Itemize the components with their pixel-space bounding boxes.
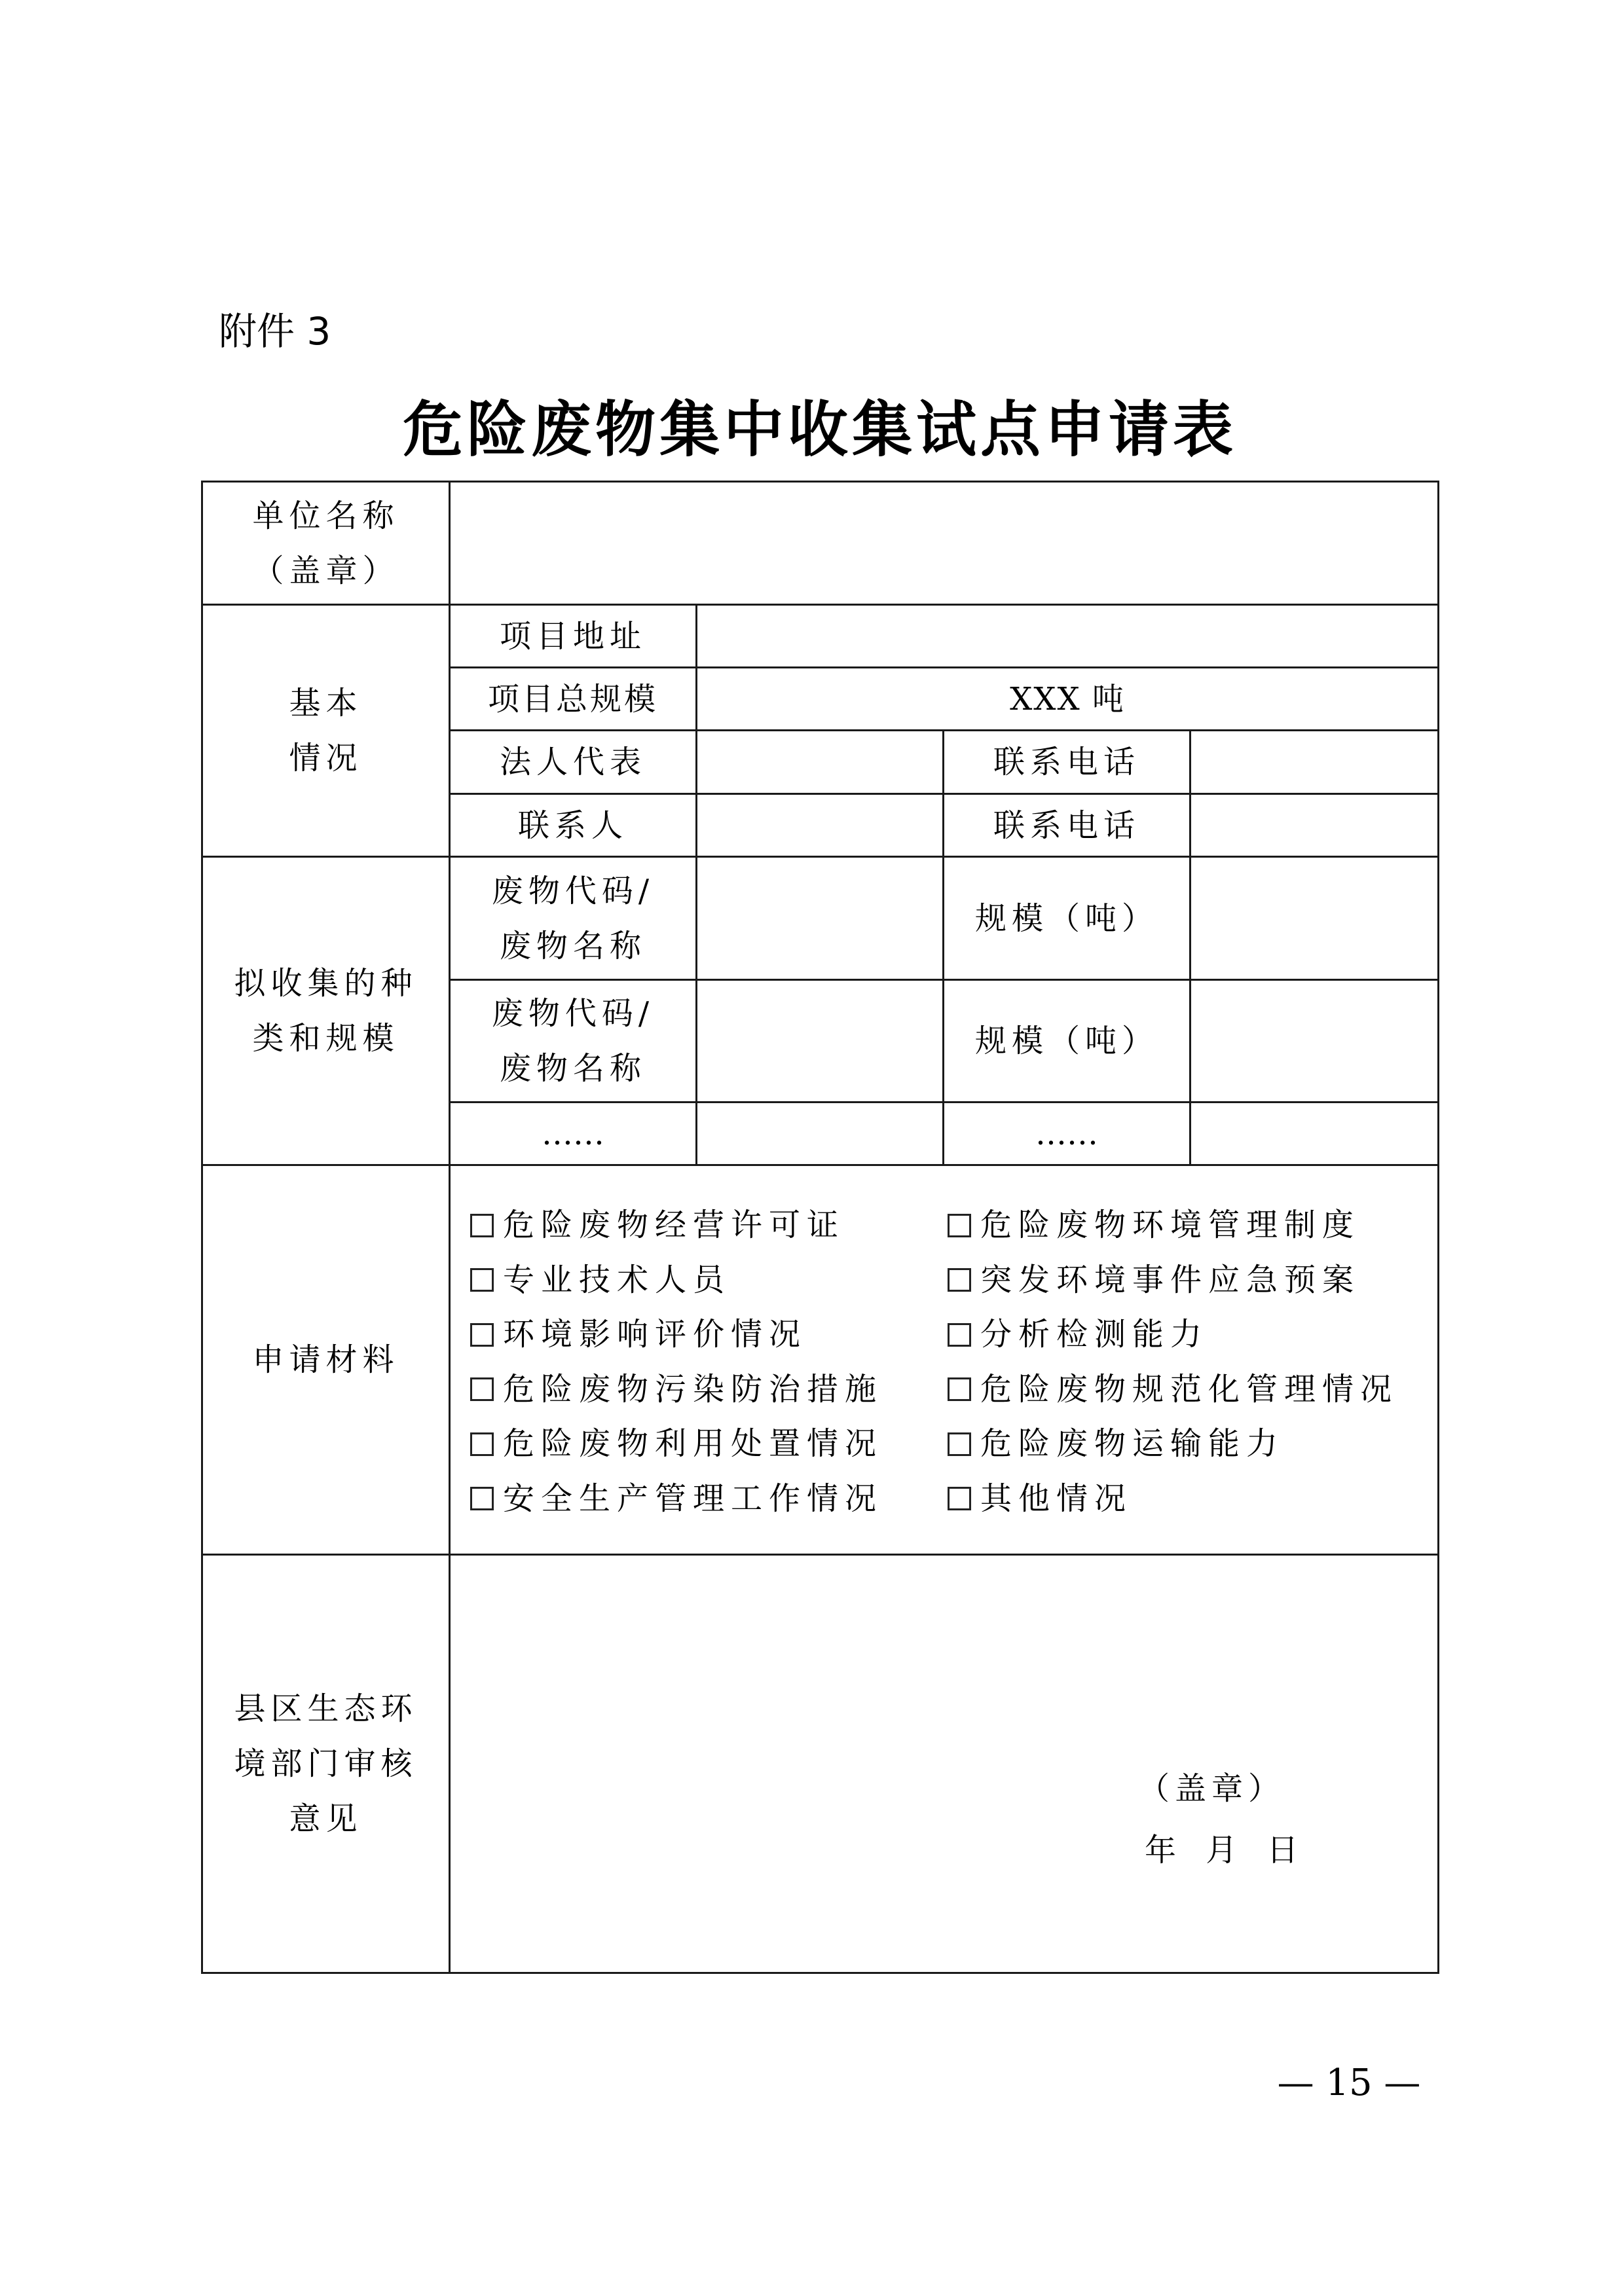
checkbox-icon[interactable] (948, 1214, 971, 1237)
waste-scale-field[interactable] (1191, 981, 1437, 1101)
material-checkbox-item[interactable]: 危险废物经营许可证 (470, 1198, 883, 1253)
unit-name-label: 单位名称 （盖章） (203, 483, 449, 604)
waste-code-field[interactable] (697, 858, 942, 979)
material-checkbox-item[interactable]: 专业技术人员 (470, 1253, 883, 1308)
page-number: — 15 — (1264, 2061, 1434, 2105)
waste-scale-label: 规模（吨） (944, 981, 1189, 1101)
material-checkbox-item[interactable]: 环境影响评价情况 (470, 1307, 883, 1362)
legal-rep-label: 法人代表 (451, 731, 695, 793)
materials-left-column: 危险废物经营许可证 专业技术人员 环境影响评价情况 危险废物污染防治措施 危险废… (470, 1198, 883, 1526)
seal-label: （盖章） (1138, 1761, 1285, 1816)
checkbox-icon[interactable] (470, 1487, 494, 1510)
waste-code-label: 废物代码/ 废物名称 (451, 858, 695, 979)
material-label: 危险废物经营许可证 (503, 1198, 845, 1253)
checkbox-icon[interactable] (948, 1432, 971, 1456)
material-checkbox-item[interactable]: 危险废物利用处置情况 (470, 1417, 883, 1472)
project-scale-label: 项目总规模 (451, 668, 695, 729)
material-checkbox-item[interactable]: 分析检测能力 (948, 1307, 1398, 1362)
material-label: 突发环境事件应急预案 (980, 1253, 1360, 1308)
seal-note-text: （盖章） (252, 543, 399, 598)
material-label: 危险废物规范化管理情况 (980, 1362, 1398, 1417)
materials-right-column: 危险废物环境管理制度 突发环境事件应急预案 分析检测能力 危险废物规范化管理情况… (948, 1198, 1398, 1526)
waste-code-label-line1: 废物代码/ (492, 986, 654, 1041)
review-label-line1: 县区生态环 (234, 1681, 417, 1736)
material-label: 危险废物运输能力 (980, 1417, 1284, 1472)
checkbox-icon[interactable] (948, 1487, 971, 1510)
material-checkbox-item[interactable]: 危险废物运输能力 (948, 1417, 1398, 1472)
material-label: 危险废物污染防治措施 (503, 1362, 883, 1417)
materials-section-label: 申请材料 (203, 1166, 449, 1554)
more-scale-field[interactable] (1191, 1103, 1437, 1164)
unit-name-label-text: 单位名称 (252, 488, 399, 543)
waste-section-line2: 类和规模 (252, 1011, 399, 1066)
checkbox-icon[interactable] (948, 1377, 971, 1401)
waste-code-label: 废物代码/ 废物名称 (451, 981, 695, 1101)
waste-scale-label: 规模（吨） (944, 858, 1189, 979)
review-label-line2: 境部门审核 (234, 1736, 417, 1791)
more-rows-ellipsis: …… (451, 1103, 695, 1164)
contact-phone-field[interactable] (1191, 795, 1437, 856)
waste-section-line1: 拟收集的种 (234, 956, 417, 1011)
project-address-label: 项目地址 (451, 606, 695, 666)
waste-section-label: 拟收集的种 类和规模 (203, 858, 449, 1164)
material-label: 安全生产管理工作情况 (503, 1472, 883, 1527)
project-scale-field[interactable]: XXX 吨 (697, 668, 1437, 729)
checkbox-icon[interactable] (470, 1432, 494, 1456)
material-checkbox-item[interactable]: 突发环境事件应急预案 (948, 1253, 1398, 1308)
legal-rep-phone-field[interactable] (1191, 731, 1437, 793)
checkbox-icon[interactable] (470, 1214, 494, 1237)
legal-rep-phone-label: 联系电话 (944, 731, 1189, 793)
contact-field[interactable] (697, 795, 942, 856)
waste-code-label-line2: 废物名称 (500, 1041, 646, 1096)
checkbox-icon[interactable] (948, 1323, 971, 1347)
material-label: 分析检测能力 (980, 1307, 1208, 1362)
basic-info-line2: 情况 (289, 731, 362, 786)
material-checkbox-item[interactable]: 危险废物环境管理制度 (948, 1198, 1398, 1253)
material-checkbox-item[interactable]: 危险废物污染防治措施 (470, 1362, 883, 1417)
material-checkbox-item[interactable]: 危险废物规范化管理情况 (948, 1362, 1398, 1417)
date-label: 年 月 日 (1145, 1823, 1299, 1878)
more-code-field[interactable] (697, 1103, 942, 1164)
review-label-line3: 意见 (289, 1791, 362, 1846)
project-address-field[interactable] (697, 606, 1437, 666)
table-border-right (1437, 481, 1439, 1974)
review-section-label: 县区生态环 境部门审核 意见 (203, 1556, 449, 1972)
legal-rep-field[interactable] (697, 731, 942, 793)
waste-code-label-line2: 废物名称 (500, 919, 646, 974)
material-label: 环境影响评价情况 (503, 1307, 807, 1362)
checkbox-icon[interactable] (948, 1268, 971, 1292)
attachment-label: 附件 3 (219, 305, 331, 357)
material-label: 危险废物环境管理制度 (980, 1198, 1360, 1253)
waste-scale-field[interactable] (1191, 858, 1437, 979)
checkbox-icon[interactable] (470, 1377, 494, 1401)
basic-info-section-label: 基本 情况 (203, 606, 449, 856)
material-label: 其他情况 (980, 1472, 1132, 1527)
review-opinion-field[interactable] (451, 1556, 1437, 1972)
checkbox-icon[interactable] (470, 1323, 494, 1347)
unit-name-field[interactable] (451, 483, 1437, 604)
waste-code-field[interactable] (697, 981, 942, 1101)
material-checkbox-item[interactable]: 其他情况 (948, 1472, 1398, 1527)
table-border-bottom (202, 1972, 1439, 1974)
material-label: 危险废物利用处置情况 (503, 1417, 883, 1472)
material-label: 专业技术人员 (503, 1253, 731, 1308)
page-title: 危险废物集中收集试点申请表 (202, 390, 1438, 469)
checkbox-icon[interactable] (470, 1268, 494, 1292)
contact-label: 联系人 (451, 795, 695, 856)
contact-phone-label: 联系电话 (944, 795, 1189, 856)
waste-code-label-line1: 废物代码/ (492, 864, 654, 919)
material-checkbox-item[interactable]: 安全生产管理工作情况 (470, 1472, 883, 1527)
basic-info-line1: 基本 (289, 676, 362, 731)
more-rows-ellipsis: …… (944, 1103, 1189, 1164)
